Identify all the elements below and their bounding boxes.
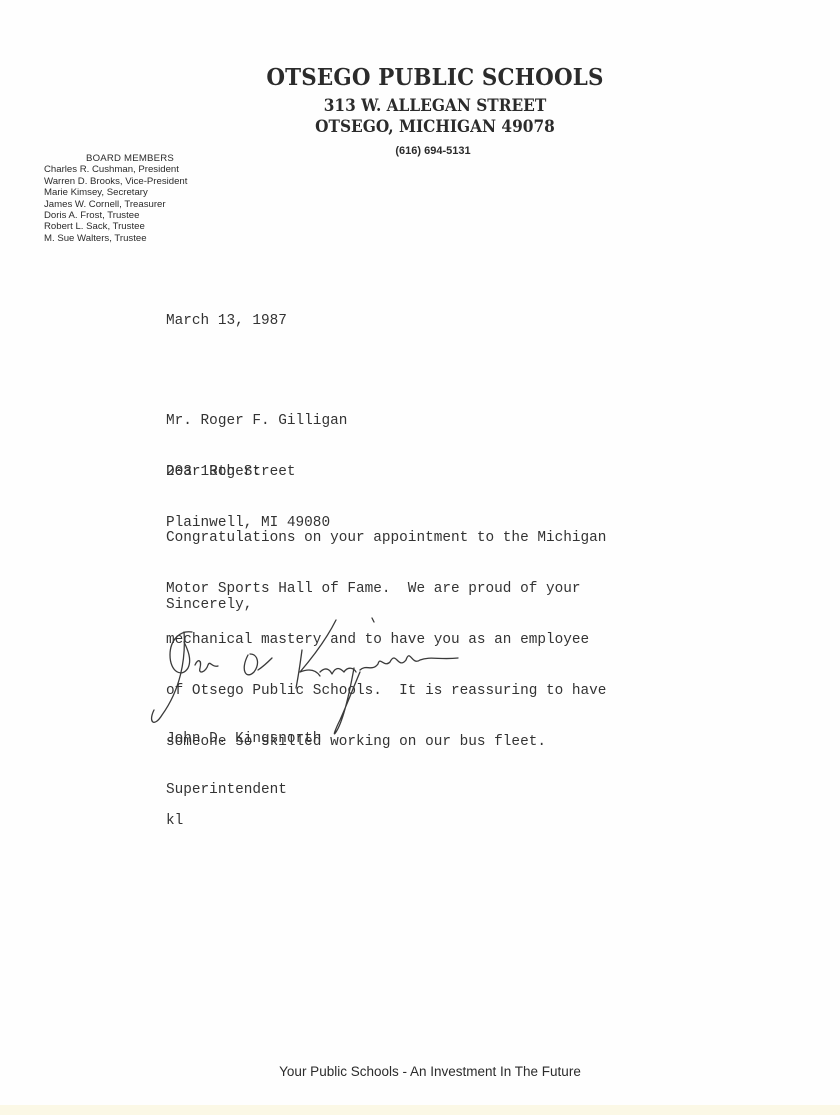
board-member: Robert L. Sack, Trustee: [44, 221, 216, 232]
letterhead-street: 313 W. ALLEGAN STREET: [30, 96, 839, 115]
typist-initials: kl: [166, 813, 183, 830]
recipient-name: Mr. Roger F. Gilligan: [166, 413, 347, 430]
board-member: Marie Kimsey, Secretary: [44, 187, 216, 198]
board-member: Warren D. Brooks, Vice-President: [44, 176, 216, 187]
letter-page: OTSEGO PUBLIC SCHOOLS 313 W. ALLEGAN STR…: [0, 0, 840, 1115]
letterhead-organization: OTSEGO PUBLIC SCHOOLS: [30, 64, 839, 91]
board-members-list: BOARD MEMBERS Charles R. Cushman, Presid…: [44, 153, 216, 244]
body-line: Congratulations on your appointment to t…: [166, 530, 606, 547]
salutation: Dear Roger:: [166, 464, 261, 481]
board-member: James W. Cornell, Treasurer: [44, 199, 216, 210]
signer-block: John D. Kingsnorth Superintendent: [166, 697, 321, 833]
body-line: Motor Sports Hall of Fame. We are proud …: [166, 581, 606, 598]
signer-name: John D. Kingsnorth: [166, 731, 321, 748]
letter-date: March 13, 1987: [166, 313, 287, 330]
board-heading: BOARD MEMBERS: [44, 153, 216, 164]
board-member: Charles R. Cushman, President: [44, 164, 216, 175]
paper-bottom-edge: [0, 1105, 840, 1115]
footer-motto: Your Public Schools - An Investment In T…: [0, 1064, 840, 1079]
board-member: M. Sue Walters, Trustee: [44, 233, 216, 244]
letterhead-city: OTSEGO, MICHIGAN 49078: [30, 117, 839, 136]
board-member: Doris A. Frost, Trustee: [44, 210, 216, 221]
signer-title: Superintendent: [166, 782, 321, 799]
